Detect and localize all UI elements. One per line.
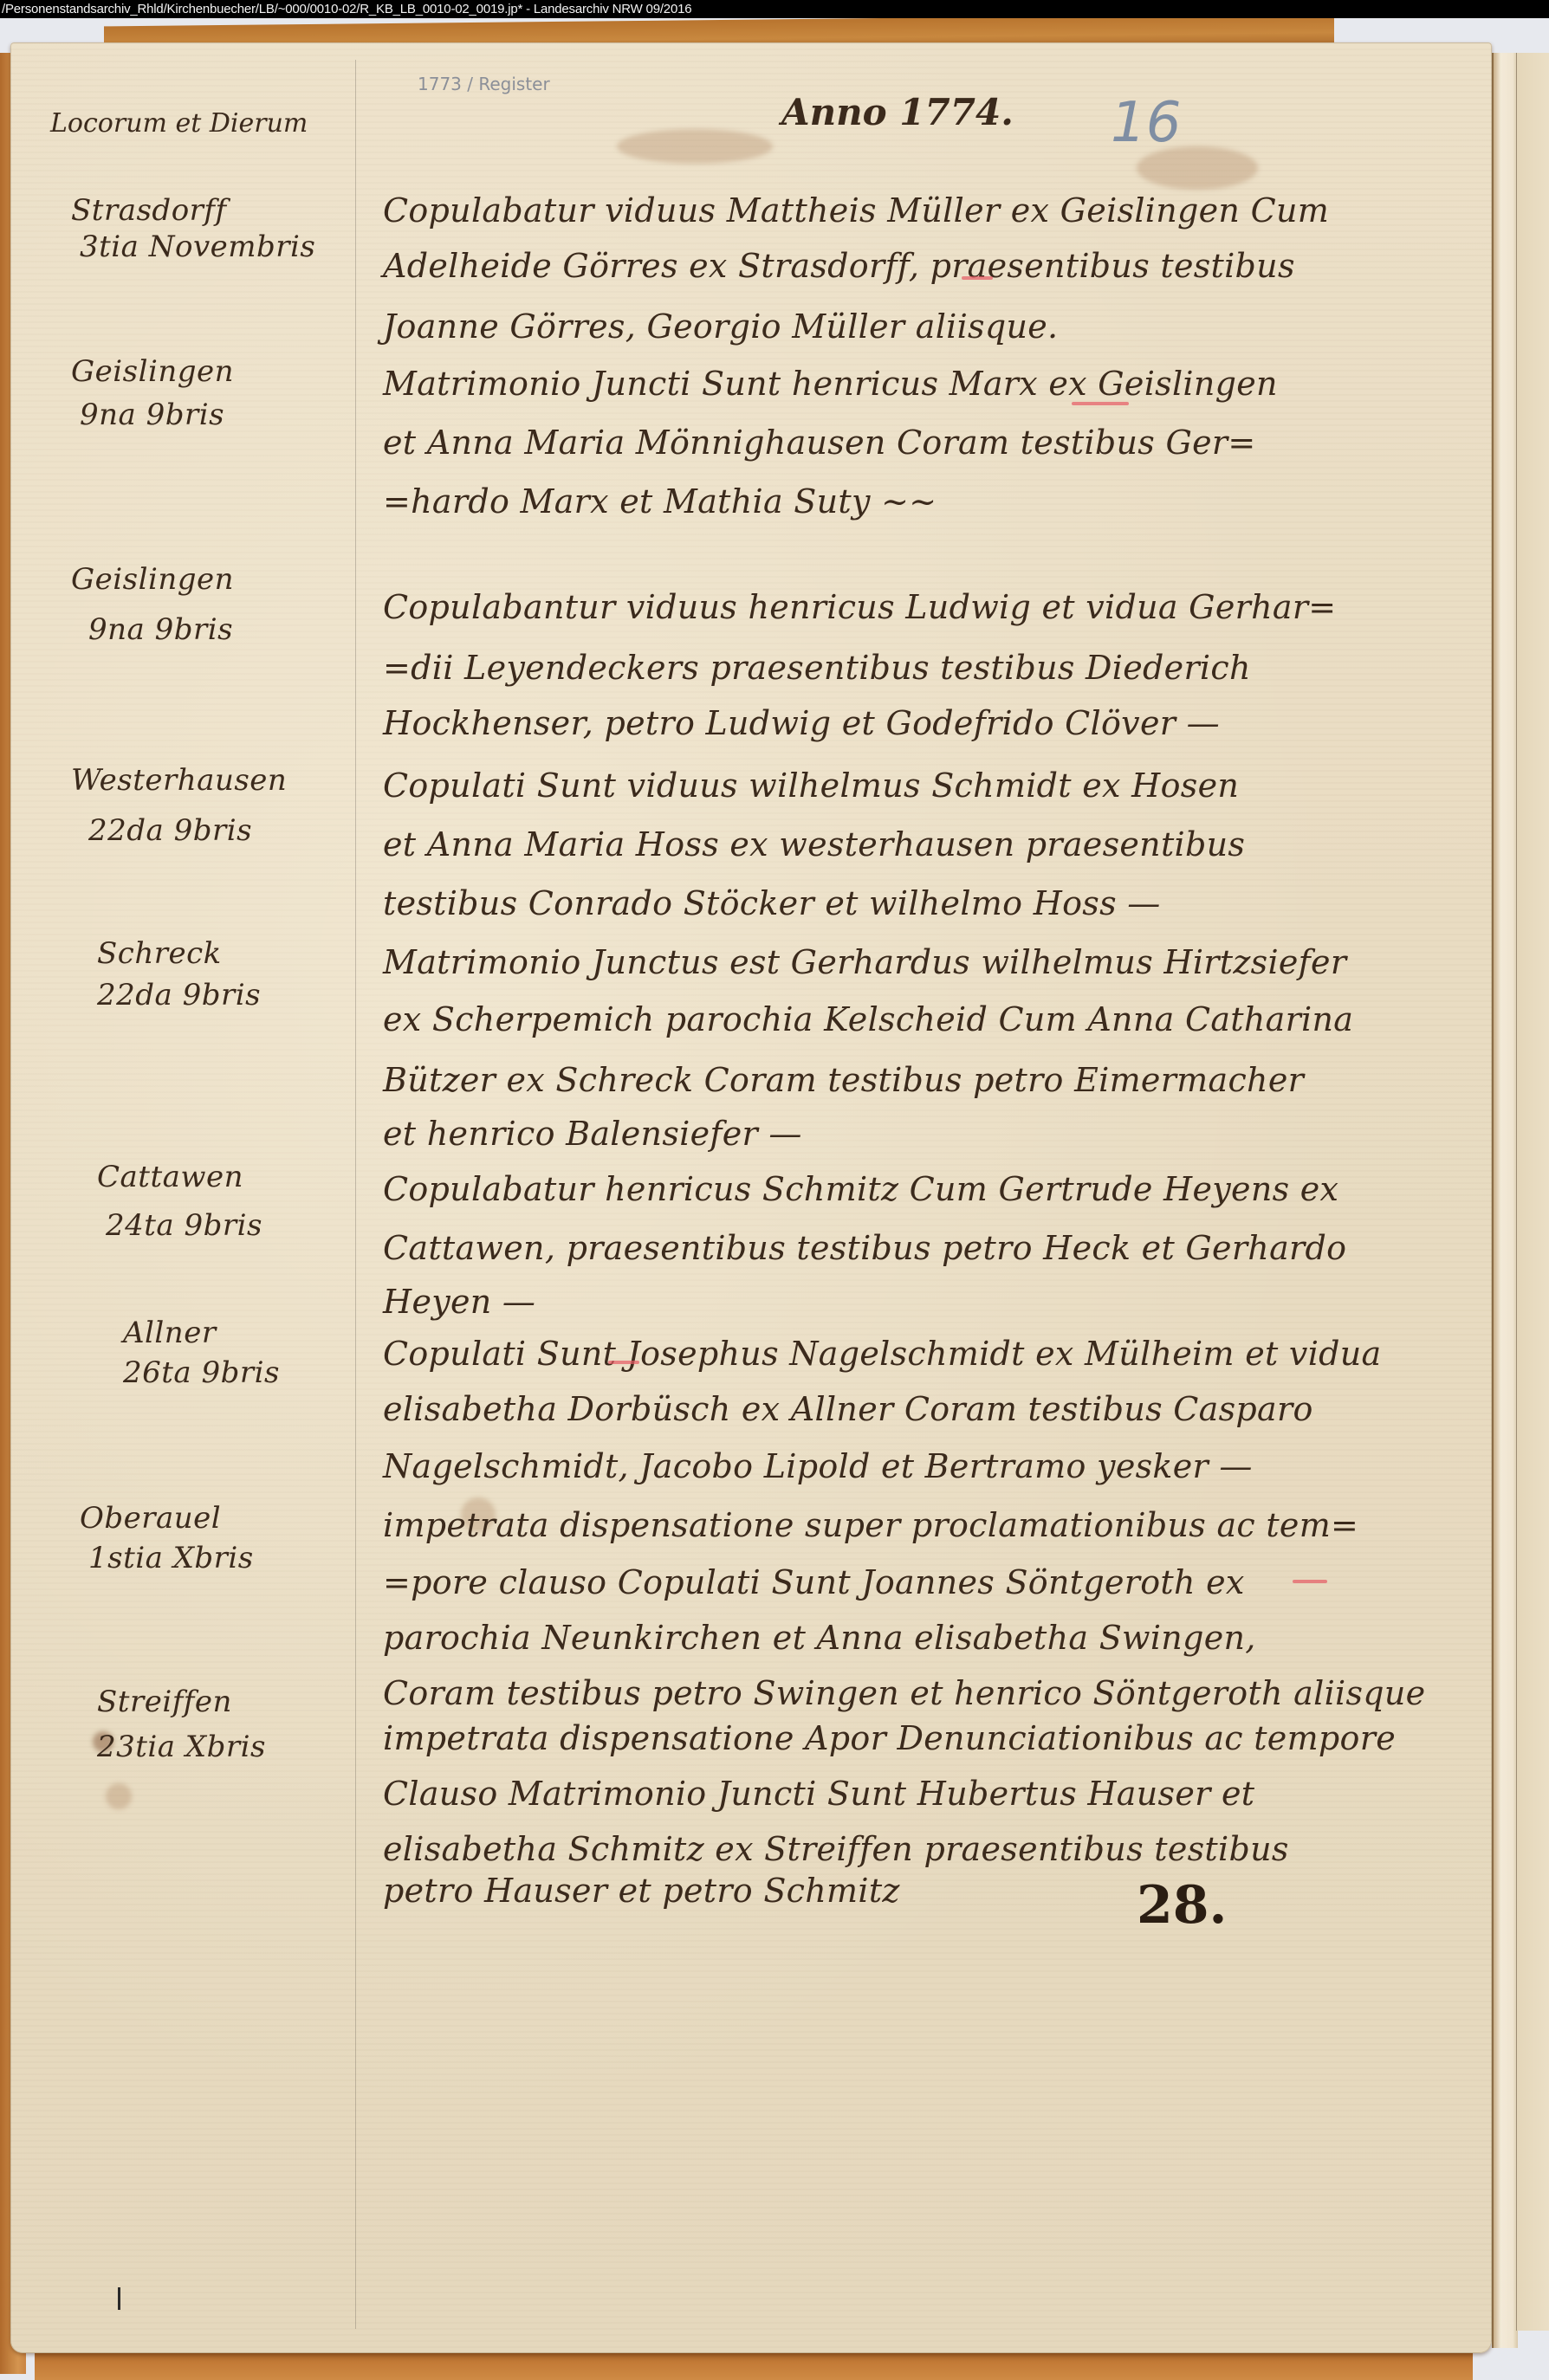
red-underline <box>962 276 993 280</box>
entry-place: Streiffen <box>97 1685 232 1719</box>
entry-line: elisabetha Schmitz ex Streiffen praesent… <box>383 1830 1289 1868</box>
folio-number: 16 <box>1111 91 1181 155</box>
bottom-mark <box>118 2287 120 2310</box>
entry-place: Geislingen <box>71 562 234 597</box>
window-title-bar: /Personenstandsarchiv_Rhld/Kirchenbueche… <box>0 0 1549 18</box>
entry-line: Bützer ex Schreck Coram testibus petro E… <box>383 1061 1304 1099</box>
entry-line: testibus Conrado Stöcker et wilhelmo Hos… <box>383 884 1161 922</box>
entry-line: Copulati Sunt viduus wilhelmus Schmidt e… <box>383 766 1239 805</box>
entry-place: Schreck <box>97 936 222 971</box>
entry-place: Cattawen <box>97 1160 243 1194</box>
entry-line: Copulati Sunt Josephus Nagelschmidt ex M… <box>383 1335 1382 1373</box>
column-header: Locorum et Dierum <box>50 108 308 139</box>
stain <box>106 1783 132 1809</box>
entry-place: Westerhausen <box>71 763 287 798</box>
entry-line: impetrata dispensatione super proclamati… <box>383 1506 1358 1544</box>
entry-line: Cattawen, praesentibus testibus petro He… <box>383 1229 1346 1267</box>
entry-line: impetrata dispensatione Apor Denunciatio… <box>383 1719 1396 1757</box>
entry-date: 9na 9bris <box>80 398 224 432</box>
entry-line: =pore clauso Copulati Sunt Joannes Söntg… <box>383 1563 1245 1601</box>
tally-number: 28. <box>1137 1875 1227 1936</box>
entry-line: Nagelschmidt, Jacobo Lipold et Bertramo … <box>383 1447 1253 1485</box>
image-viewer[interactable]: Locorum et Dierum 1773 / Register Anno 1… <box>0 18 1549 2380</box>
entry-line: ex Scherpemich parochia Kelscheid Cum An… <box>383 1000 1353 1038</box>
entry-line: elisabetha Dorbüsch ex Allner Coram test… <box>383 1390 1313 1428</box>
entry-place: Oberauel <box>80 1501 221 1536</box>
year-heading: Anno 1774. <box>781 91 1014 133</box>
entry-place: Strasdorff <box>71 193 227 228</box>
entry-line: et Anna Maria Mönnighausen Coram testibu… <box>383 424 1256 462</box>
entry-line: Copulabatur viduus Mattheis Müller ex Ge… <box>383 191 1329 230</box>
entry-date: 24ta 9bris <box>106 1208 262 1243</box>
red-underline <box>1072 402 1129 405</box>
entry-line: petro Hauser et petro Schmitz <box>383 1872 900 1910</box>
entry-date: 26ta 9bris <box>123 1355 280 1390</box>
red-underline <box>608 1361 639 1364</box>
entry-line: Copulabatur henricus Schmitz Cum Gertrud… <box>383 1170 1338 1208</box>
entry-place: Geislingen <box>71 354 234 389</box>
entry-line: Coram testibus petro Swingen et henrico … <box>383 1674 1425 1712</box>
entry-line: parochia Neunkirchen et Anna elisabetha … <box>383 1619 1256 1657</box>
red-underline <box>1293 1580 1327 1583</box>
entry-line: =hardo Marx et Mathia Suty ~~ <box>383 482 937 521</box>
entry-line: Heyen — <box>383 1283 535 1321</box>
entry-line: Matrimonio Junctus est Gerhardus wilhelm… <box>383 943 1346 981</box>
entry-line: Joanne Görres, Georgio Müller aliisque. <box>383 307 1058 346</box>
entry-date: 3tia Novembris <box>80 230 315 264</box>
pencil-note: 1773 / Register <box>418 74 550 94</box>
entry-date: 22da 9bris <box>97 978 261 1012</box>
entry-line: et Anna Maria Hoss ex westerhausen praes… <box>383 825 1245 863</box>
entry-place: Allner <box>123 1316 217 1350</box>
adjacent-page-edge <box>1516 53 1549 2331</box>
entry-date: 9na 9bris <box>88 612 233 647</box>
margin-rule <box>355 60 356 2329</box>
entry-line: Hockhenser, petro Ludwig et Godefrido Cl… <box>383 704 1220 742</box>
entry-line: =dii Leyendeckers praesentibus testibus … <box>383 649 1251 687</box>
book-binding <box>1492 53 1518 2348</box>
entry-line: Matrimonio Juncti Sunt henricus Marx ex … <box>383 365 1278 403</box>
entry-line: Adelheide Görres ex Strasdorff, praesent… <box>383 247 1295 285</box>
register-page: Locorum et Dierum 1773 / Register Anno 1… <box>10 42 1492 2353</box>
entry-line: Clauso Matrimonio Juncti Sunt Hubertus H… <box>383 1775 1254 1813</box>
entry-date: 22da 9bris <box>88 813 252 848</box>
entry-line: Copulabantur viduus henricus Ludwig et v… <box>383 588 1336 626</box>
entry-line: et henrico Balensiefer — <box>383 1115 802 1153</box>
entry-date: 1stia Xbris <box>88 1541 254 1575</box>
window-title: /Personenstandsarchiv_Rhld/Kirchenbueche… <box>2 2 691 16</box>
entry-date: 23tia Xbris <box>97 1730 266 1764</box>
stain <box>617 129 773 164</box>
